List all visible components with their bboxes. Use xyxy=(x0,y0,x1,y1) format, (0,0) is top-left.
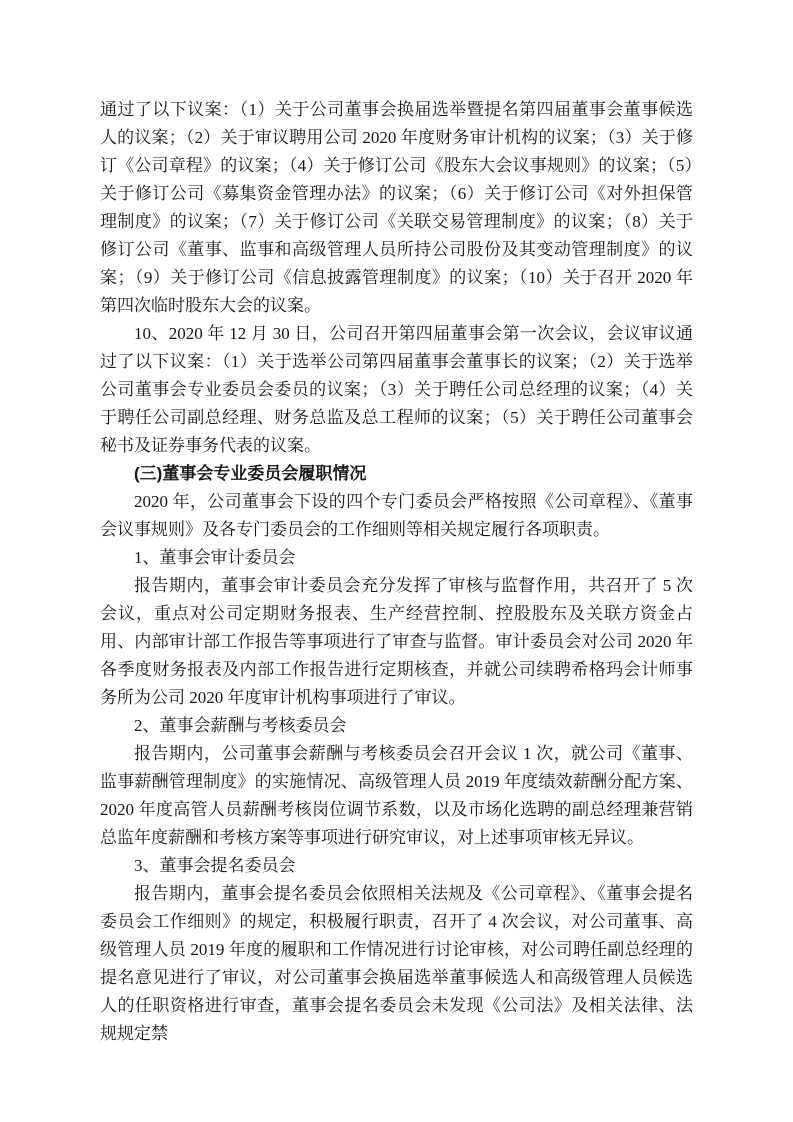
paragraph-board-meeting-10: 10、2020 年 12 月 30 日，公司召开第四届董事会第一次会议，会议审议… xyxy=(100,320,693,460)
section-heading-committees: (三)董事会专业委员会履职情况 xyxy=(100,460,693,488)
subheading-remuneration-committee: 2、董事会薪酬与考核委员会 xyxy=(100,712,693,740)
paragraph-resolutions-continued: 通过了以下议案：（1）关于公司董事会换届选举暨提名第四届董事会董事候选人的议案；… xyxy=(100,96,693,320)
subheading-audit-committee: 1、董事会审计委员会 xyxy=(100,544,693,572)
paragraph-nomination-committee: 报告期内，董事会提名委员会依照相关法规及《公司章程》、《董事会提名委员会工作细则… xyxy=(100,880,693,1048)
subheading-nomination-committee: 3、董事会提名委员会 xyxy=(100,852,693,880)
paragraph-committees-overview: 2020 年，公司董事会下设的四个专门委员会严格按照《公司章程》、《董事会议事规… xyxy=(100,488,693,544)
paragraph-audit-committee: 报告期内，董事会审计委员会充分发挥了审核与监督作用，共召开了 5 次会议，重点对… xyxy=(100,572,693,712)
document-body: 通过了以下议案：（1）关于公司董事会换届选举暨提名第四届董事会董事候选人的议案；… xyxy=(100,96,693,1048)
paragraph-remuneration-committee: 报告期内，公司董事会薪酬与考核委员会召开会议 1 次，就公司《董事、监事薪酬管理… xyxy=(100,740,693,852)
document-page: 通过了以下议案：（1）关于公司董事会换届选举暨提名第四届董事会董事候选人的议案；… xyxy=(0,0,793,1122)
